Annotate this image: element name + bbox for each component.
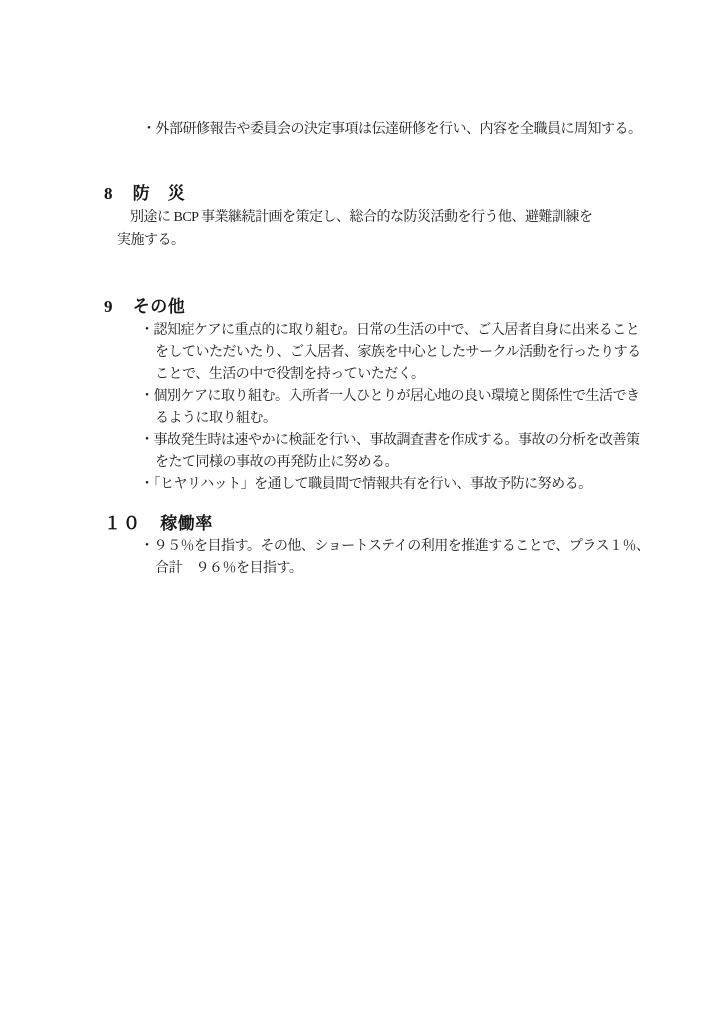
section-title: 防 災 <box>133 184 186 203</box>
section-heading: 9 その他 <box>104 296 185 318</box>
text-line: 合計 ９６％を目指す。 <box>155 558 650 580</box>
bullet-item: ・「ヒヤリハット」を通して職員間で情報共有を行い、事故予防に努める。 <box>140 474 641 496</box>
bullet-item: ・事故発生時は速やかに検証を行い、事故調査書を作成する。事故の分析を改善策をたて… <box>140 430 641 474</box>
carryover-bullet-item: ・外部研修報告や委員会の決定事項は伝達研修を行い、内容を全職員に周知する。 <box>142 118 642 141</box>
section-heading: 8 防 災 <box>104 183 185 205</box>
section-number: 8 <box>104 184 115 203</box>
text-line: ・事故発生時は速やかに検証を行い、事故調査書を作成する。事故の分析を改善策 <box>140 430 641 452</box>
section-title: 稼働率 <box>160 514 213 533</box>
text-line: をしていただいたり、ご入居者、家族を中心としたサークル活動を行ったりする <box>155 342 641 364</box>
bullet-item: ・個別ケアに取り組む。入所者一人ひとりが居心地の良い環境と関係性で生活できるよう… <box>140 386 641 430</box>
bullet-item: ・９５％を目指す。その他、ショートステイの利用を推進することで、プラス１％、合計… <box>140 536 650 580</box>
section-title: その他 <box>133 297 186 316</box>
text-line: をたて同様の事故の再発防止に努める。 <box>155 452 641 474</box>
text-line: 実施する。 <box>117 229 592 252</box>
text-line: ことで、生活の中で役割を持っていただく。 <box>155 364 641 386</box>
bullet-list: ・認知症ケアに重点的に取り組む。日常の生活の中で、ご入居者自身に出来ることをして… <box>140 320 641 496</box>
text-line: 別途に BCP 事業継続計画を策定し、総合的な防災活動を行う他、避難訓練を <box>130 206 592 229</box>
text-line: ・個別ケアに取り組む。入所者一人ひとりが居心地の良い環境と関係性で生活でき <box>140 386 641 408</box>
document-page: ・外部研修報告や委員会の決定事項は伝達研修を行い、内容を全職員に周知する。 8 … <box>0 0 724 1024</box>
section-number: １０ <box>104 514 142 533</box>
text-line: るように取り組む。 <box>155 408 641 430</box>
text-line: ・外部研修報告や委員会の決定事項は伝達研修を行い、内容を全職員に周知する。 <box>142 118 642 141</box>
text-line: ・「ヒヤリハット」を通して職員間で情報共有を行い、事故予防に努める。 <box>140 474 641 496</box>
text-line: ・９５％を目指す。その他、ショートステイの利用を推進することで、プラス１％、 <box>140 536 650 558</box>
section-number: 9 <box>104 297 115 316</box>
bullet-item: ・認知症ケアに重点的に取り組む。日常の生活の中で、ご入居者自身に出来ることをして… <box>140 320 641 386</box>
bullet-list: ・９５％を目指す。その他、ショートステイの利用を推進することで、プラス１％、合計… <box>140 536 650 580</box>
text-line: ・認知症ケアに重点的に取り組む。日常の生活の中で、ご入居者自身に出来ること <box>140 320 641 342</box>
section-heading: １０ 稼働率 <box>104 513 213 535</box>
section-paragraph: 別途に BCP 事業継続計画を策定し、総合的な防災活動を行う他、避難訓練を実施す… <box>117 206 592 252</box>
